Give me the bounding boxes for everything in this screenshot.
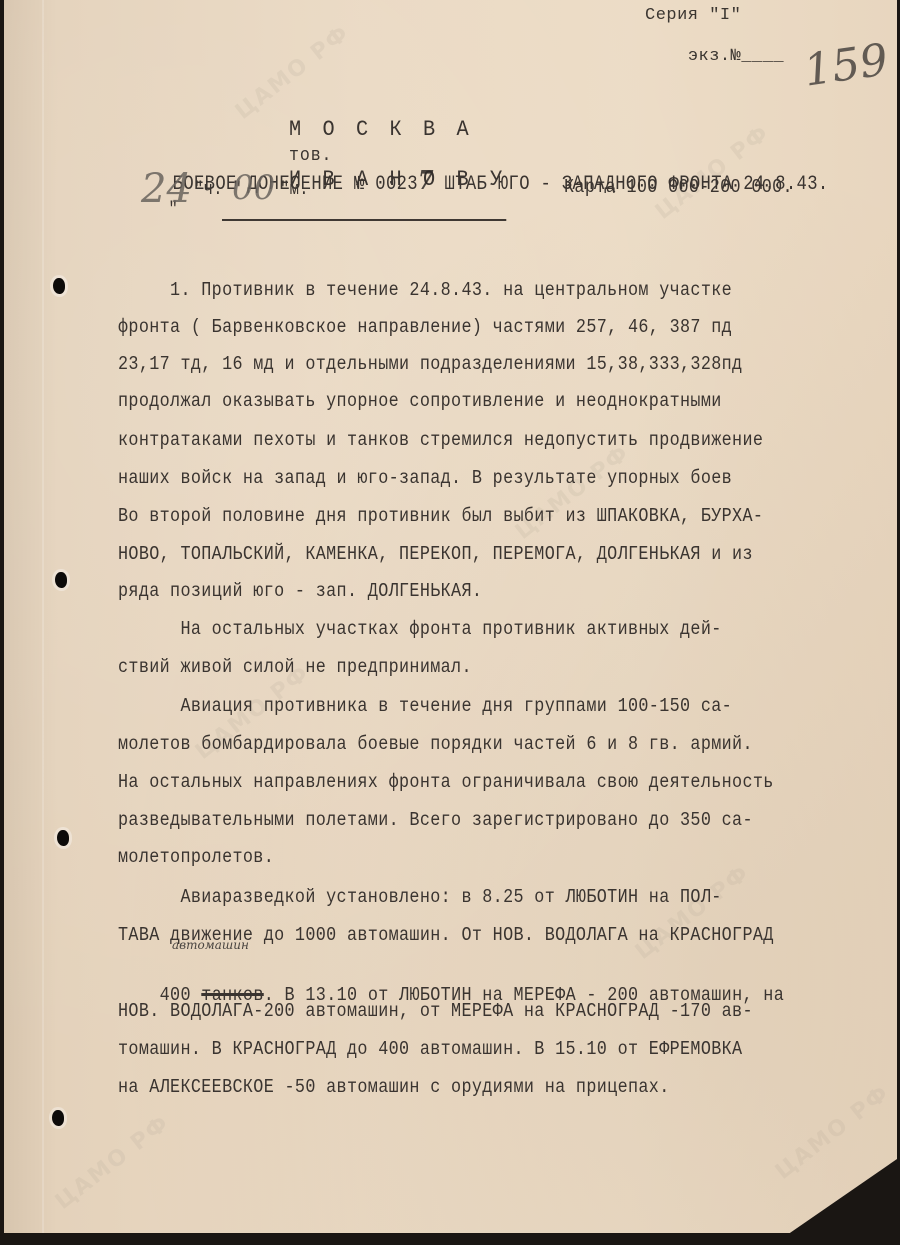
body-line: Авиаразведкой установлено: в 8.25 от ЛЮБ… (118, 886, 722, 908)
minutes-unit: "м. (280, 180, 309, 200)
binding-hole (57, 830, 69, 846)
body-line: На остальных участках фронта противник а… (118, 618, 722, 640)
body-line: томашин. В КРАСНОГРАД до 400 автомашин. … (118, 1038, 742, 1060)
watermark: ЦАМО РФ (631, 860, 755, 964)
body-line: 23,17 тд, 16 мд и отдельными подразделен… (118, 353, 742, 375)
body-line: контратаками пехоты и танков стремился н… (118, 429, 763, 451)
body-line: Во второй половине дня противник был выб… (118, 505, 763, 527)
body-line: На остальных направлениях фронта огранич… (118, 771, 774, 793)
binding-hole (52, 1110, 64, 1126)
body-line: ряда позиций юго - зап. ДОЛГЕНЬКАЯ. (118, 580, 482, 602)
copy-number-label: экз.№ (688, 47, 742, 66)
page-number-handwritten: 159 (801, 34, 891, 96)
addressee-city: М О С К В А (289, 117, 473, 142)
document-page: ЦАМО РФ ЦАМО РФ ЦАМО РФ ЦАМО РФ ЦАМО РФ … (4, 0, 897, 1233)
series-label: Серия "I" (645, 6, 741, 26)
minutes-handwritten: 00 (232, 168, 275, 208)
body-line: фронта ( Барвенковское направление) част… (118, 316, 732, 338)
watermark: ЦАМО РФ (511, 440, 635, 544)
binding-hole (53, 278, 65, 294)
body-line: Авиация противника в течение дня группам… (118, 695, 732, 717)
body-line: ствий живой силой не предпринимал. (118, 656, 472, 678)
watermark: ЦАМО РФ (51, 1110, 175, 1214)
copy-label: экз.№____ (645, 27, 784, 87)
body-line: на АЛЕКСЕЕВСКОЕ -50 автомашин с орудиями… (118, 1076, 670, 1098)
body-line: разведывательными полетами. Всего зареги… (118, 809, 753, 831)
handwritten-insert: автомашин (172, 938, 249, 952)
report-number-handwritten: 7 (418, 166, 434, 196)
hours-handwritten: 24 (141, 166, 192, 212)
body-line: 1. Противник в течение 24.8.43. на центр… (118, 279, 732, 301)
body-line: наших войск на запад и юго-запад. В резу… (118, 467, 732, 489)
body-line: продолжал оказывать упорное сопротивлени… (118, 390, 722, 412)
body-line: НОВ. ВОДОЛАГА-200 автомашин, от МЕРЕФА н… (118, 1000, 753, 1022)
fold-line (42, 0, 44, 1233)
map-scale: Карта 100 000-200 000. (564, 176, 793, 198)
watermark: ЦАМО РФ (771, 1080, 895, 1184)
body-line: НОВО, ТОПАЛЬСКИЙ, КАМЕНКА, ПЕРЕКОП, ПЕРЕ… (118, 543, 753, 565)
body-line: молетов бомбардировала боевые порядки ча… (118, 733, 753, 755)
copy-number-blank: ____ (741, 47, 784, 66)
body-line: молетопролетов. (118, 846, 274, 868)
binding-hole (55, 572, 67, 588)
